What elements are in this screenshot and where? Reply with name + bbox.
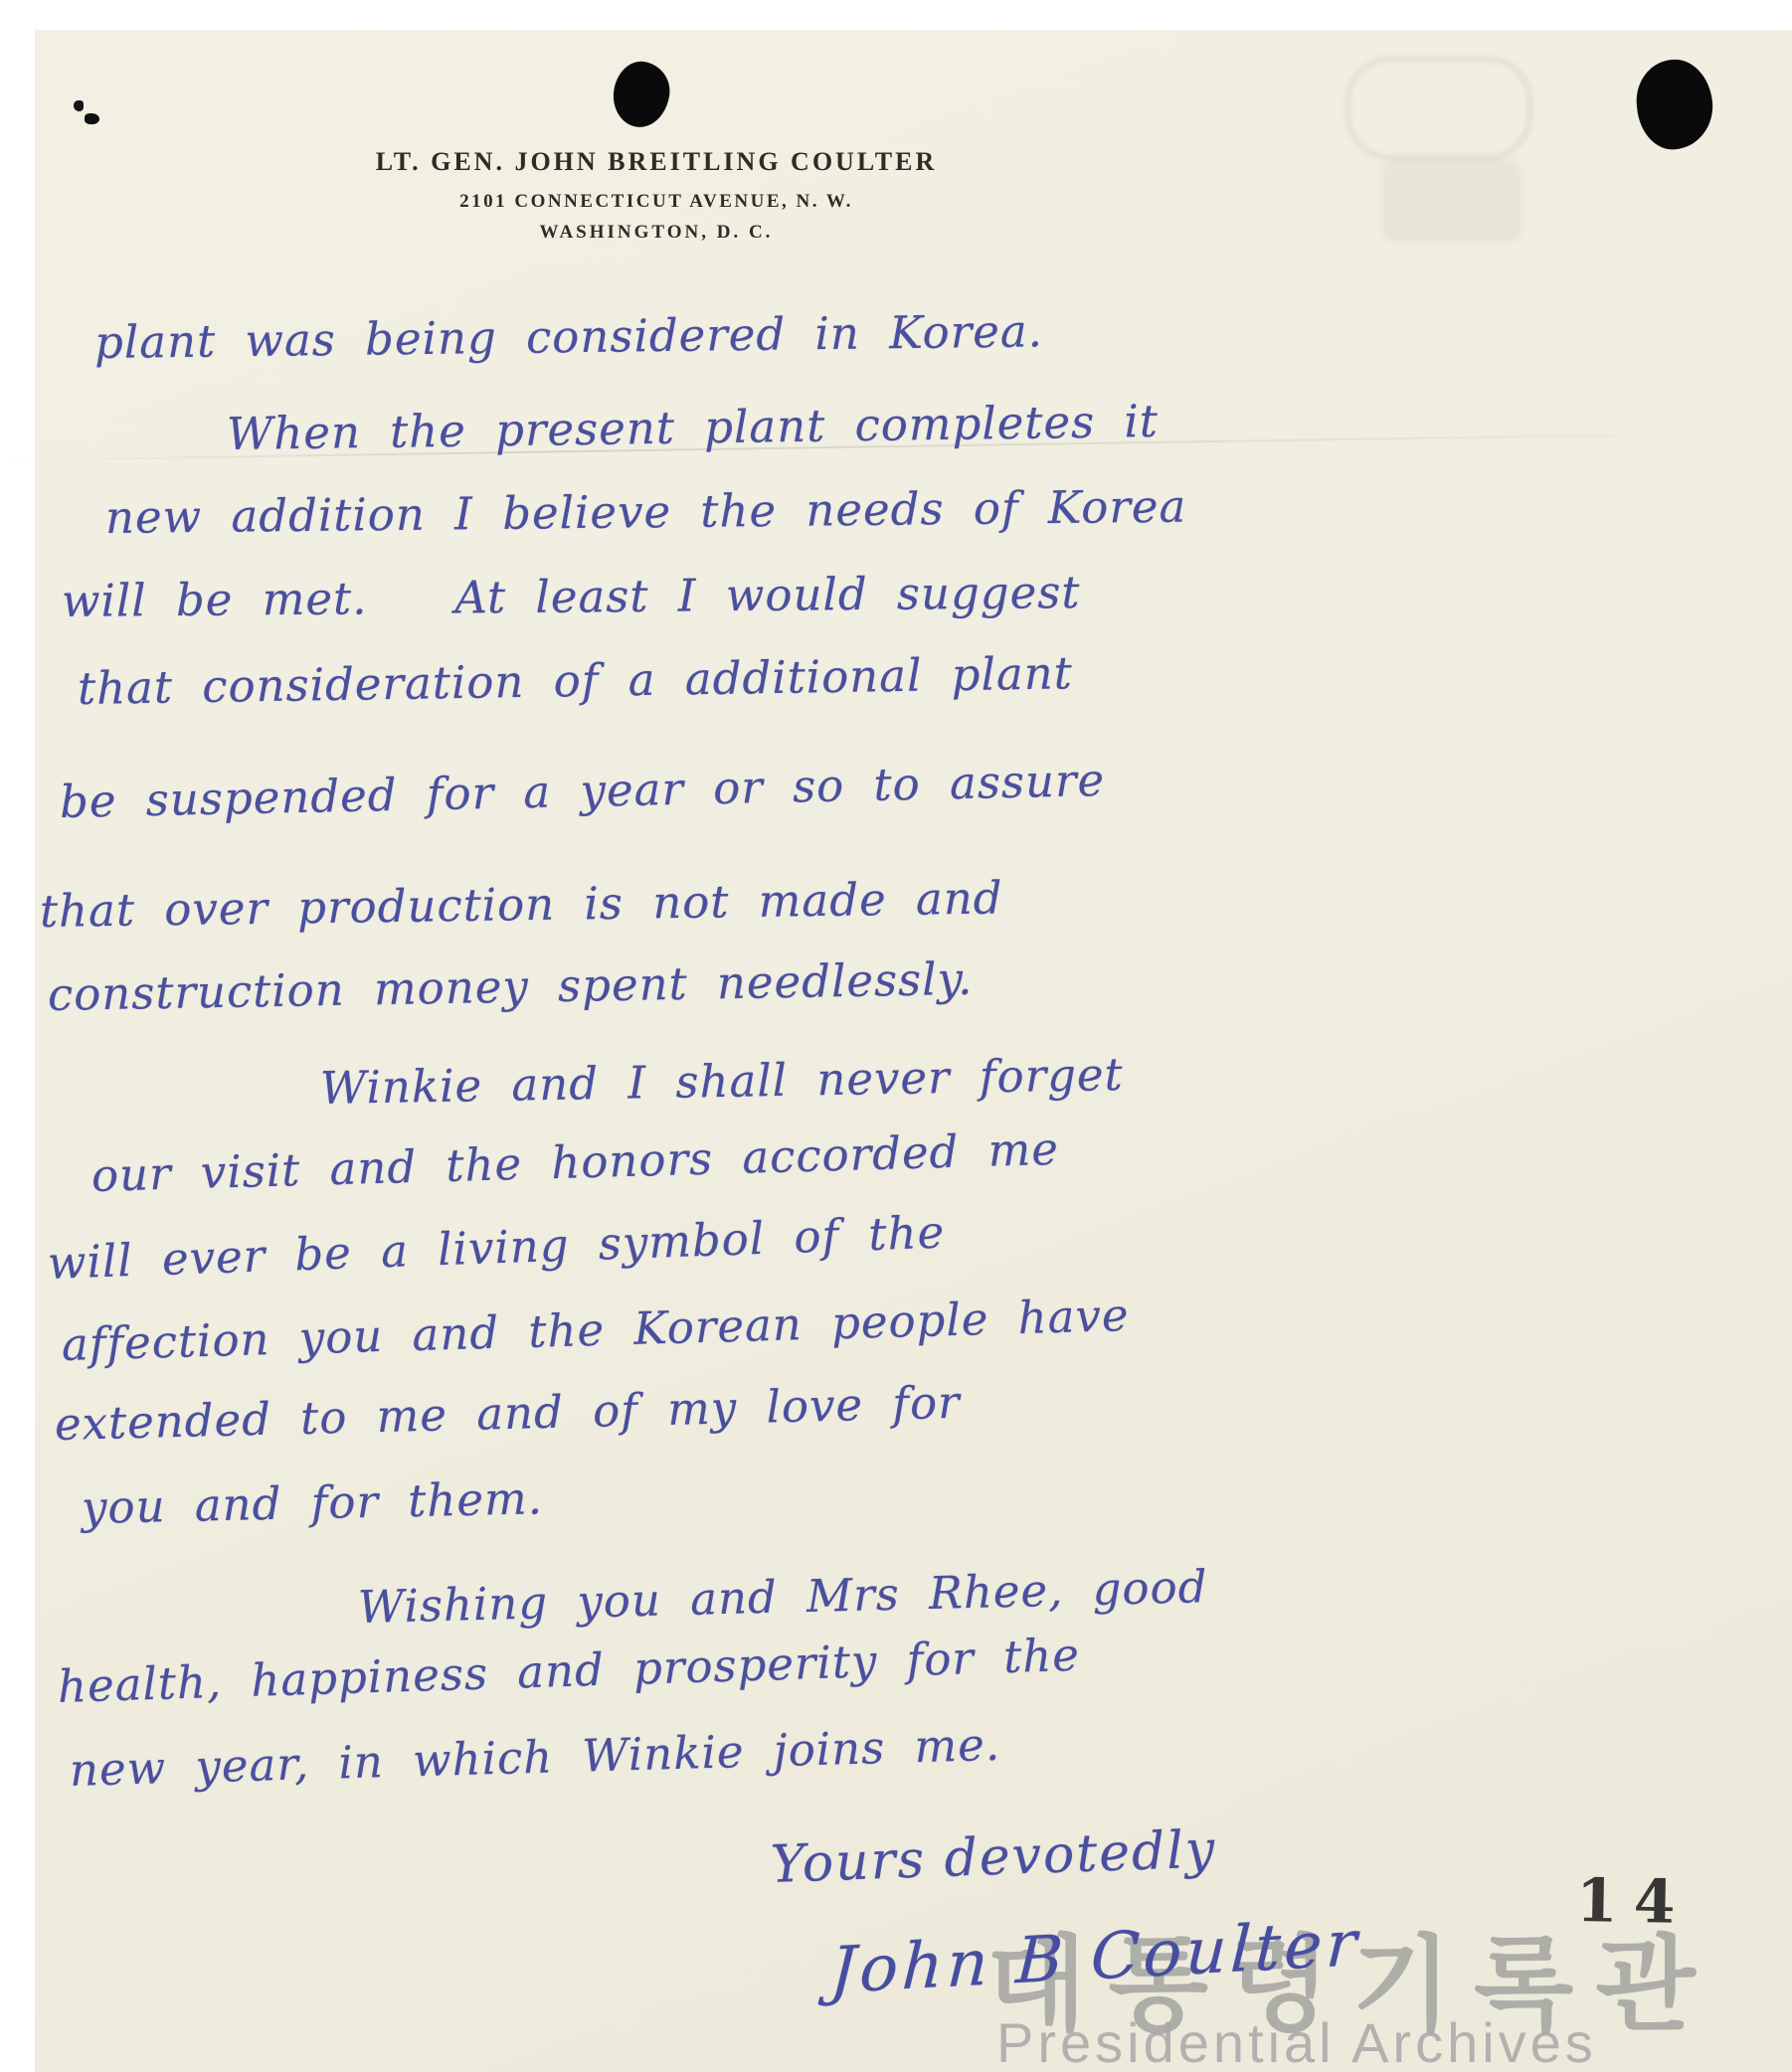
ink-speck: [85, 113, 99, 124]
scanned-letter-page: LT. GEN. JOHN BREITLING COULTER 2101 CON…: [0, 0, 1792, 2072]
handwritten-line-4: will be met. At least I would suggest: [62, 566, 1081, 627]
ink-speck: [74, 100, 84, 111]
letterhead-name: LT. GEN. JOHN BREITLING COULTER: [358, 147, 955, 177]
handwritten-line-14: you and for them.: [81, 1471, 543, 1534]
watermark-english: Presidential Archives: [996, 2010, 1597, 2072]
bleed-through-stamp-mark: [1344, 56, 1533, 161]
letterhead-city: WASHINGTON, D. C.: [358, 222, 955, 244]
letterhead: LT. GEN. JOHN BREITLING COULTER 2101 CON…: [358, 147, 955, 244]
bleed-through-stamp-mark: [1382, 159, 1522, 243]
page-number-stamp: 14: [1575, 1866, 1692, 1938]
letterhead-address: 2101 CONNECTICUT AVENUE, N. W.: [358, 191, 955, 213]
